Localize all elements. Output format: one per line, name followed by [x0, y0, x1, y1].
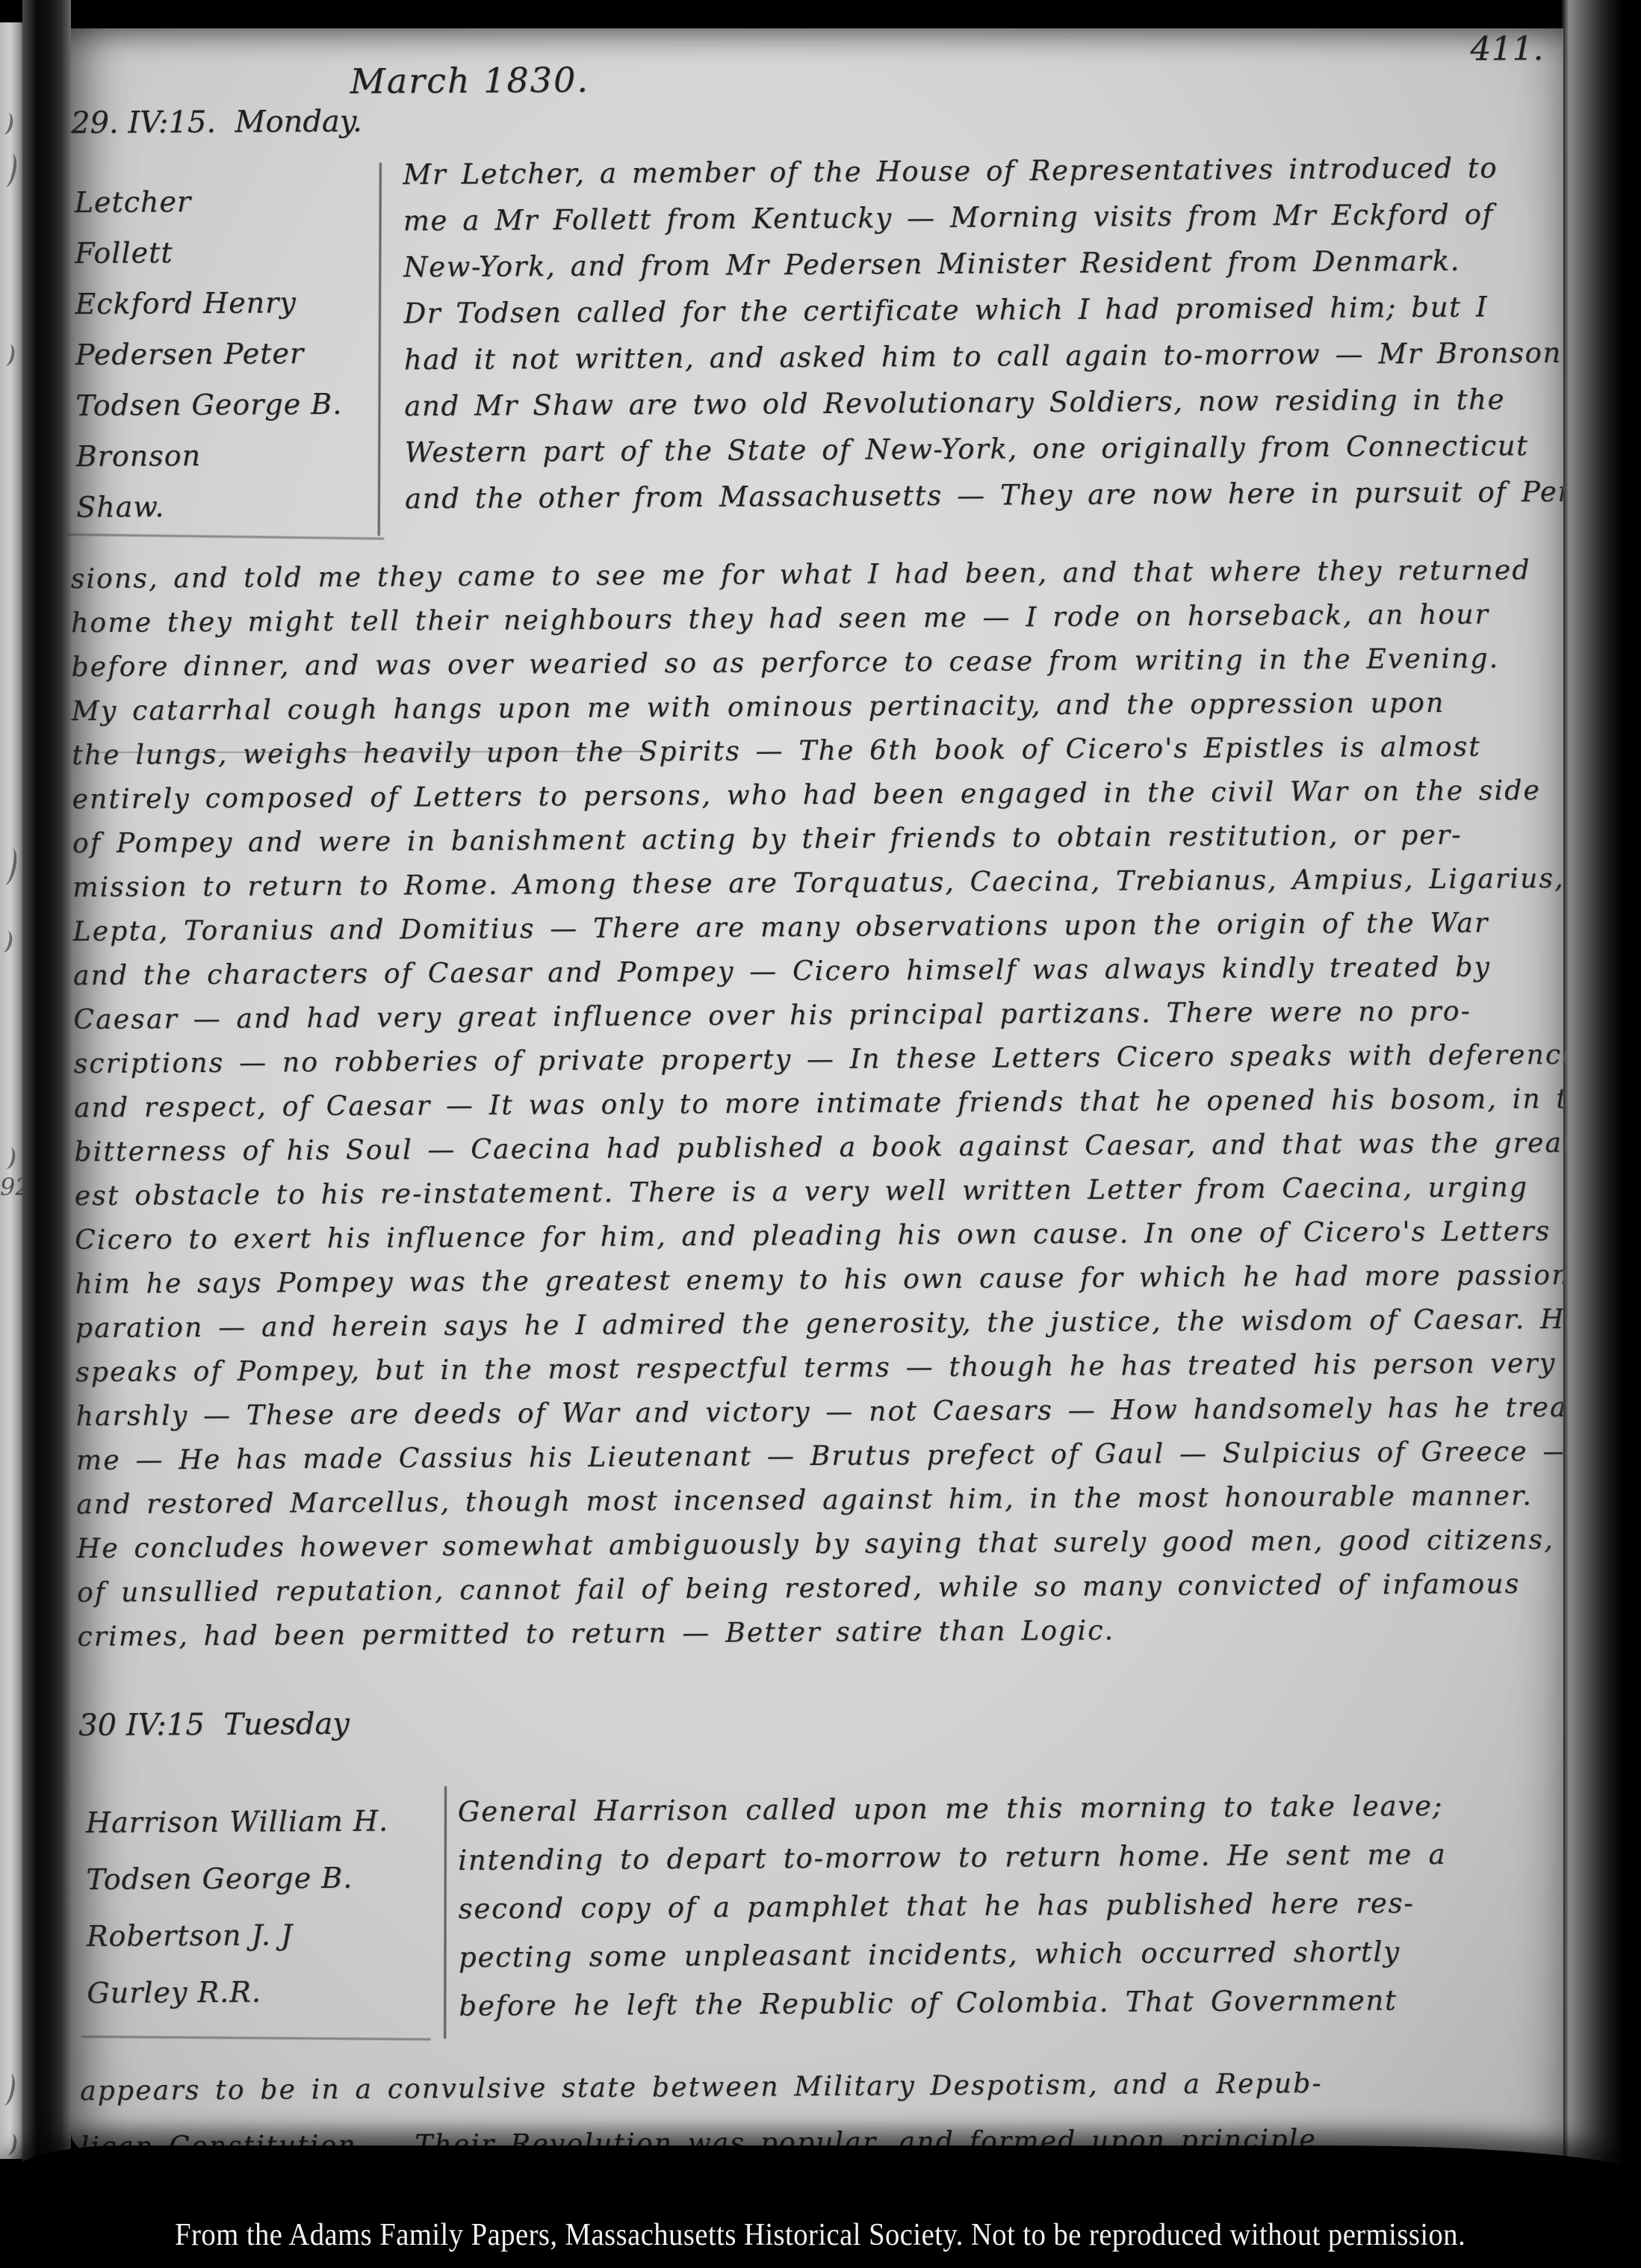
ink-bleed-mark [0, 342, 16, 367]
manuscript-page: March 1830. 411. 29. IV:15. Monday. Letc… [71, 28, 1563, 2174]
entry2-indented-text: General Harrison called upon me this mor… [458, 1781, 1569, 2030]
ink-bleed-mark [0, 152, 19, 189]
margin-name: Gurley R.R. [87, 1963, 390, 2021]
page-number: 411. [1470, 30, 1543, 69]
manuscript-sheet: March 1830. 411. 29. IV:15. Monday. Letc… [64, 24, 1570, 2178]
ink-bleed-mark [0, 2072, 17, 2107]
ink-bleed-mark [0, 929, 14, 953]
entry1-full-width-text: sions, and told me they came to see me f… [71, 548, 1566, 1659]
text-line: and Mr Shaw are two old Revolutionary So… [404, 377, 1558, 430]
caption-text: From the Adams Family Papers, Massachuse… [175, 2217, 1465, 2253]
page-header-month: March 1830. [350, 60, 589, 102]
text-line: and the other from Massachusetts — They … [405, 469, 1559, 522]
page-right-edge-shadow [1561, 0, 1641, 2268]
entry1-margin-divider-line [378, 163, 382, 536]
ink-bleed-mark [0, 847, 19, 887]
margin-name: Harrison William H. [86, 1793, 389, 1851]
text-line: crimes, had been permitted to return — B… [77, 1606, 1565, 1659]
text-line: Western part of the State of New-York, o… [405, 423, 1559, 476]
text-line: New-York, and from Mr Pedersen Minister … [403, 238, 1557, 291]
entry2-margin-names: Harrison William H.Todsen George B.Rober… [86, 1793, 390, 2021]
ink-bleed-mark [0, 111, 15, 135]
text-line: Mr Letcher, a member of the House of Rep… [403, 145, 1557, 198]
book-gutter-shadow [22, 0, 71, 2268]
text-line: pecting some unpleasant incidents, which… [459, 1927, 1568, 1982]
text-line: Dr Todsen called for the certificate whi… [403, 284, 1557, 337]
margin-name: Shaw. [76, 480, 343, 533]
caption-bar: From the Adams Family Papers, Massachuse… [0, 2202, 1641, 2268]
margin-name: Pedersen Peter [75, 328, 342, 380]
margin-name: Robertson J. J [87, 1906, 390, 1965]
entry1-date-heading: 29. IV:15. Monday. [71, 105, 362, 140]
margin-name: Letcher [74, 176, 341, 228]
entry1-margin-underline [67, 533, 384, 540]
ink-bleed-mark [0, 2131, 19, 2156]
margin-name: Todsen George B. [75, 379, 342, 431]
margin-name: Todsen George B. [86, 1850, 389, 1908]
text-line: appears to be in a convulsive state betw… [80, 2054, 1568, 2119]
text-line: before he left the Republic of Colombia.… [459, 1975, 1568, 2030]
text-line: of unsullied reputation, cannot fail of … [77, 1562, 1565, 1615]
text-line: me a Mr Follett from Kentucky — Morning … [403, 191, 1557, 244]
entry2-margin-divider-line [444, 1786, 447, 2039]
text-line: second copy of a pamphlet that he has pu… [458, 1878, 1567, 1933]
facing-page-edge: 92 [0, 22, 22, 2159]
text-line: General Harrison called upon me this mor… [458, 1781, 1567, 1836]
entry1-margin-names: LetcherFollettEckford HenryPedersen Pete… [74, 176, 343, 533]
text-line: had it not written, and asked him to cal… [404, 330, 1558, 383]
margin-name: Follett [75, 226, 341, 279]
entry1-indented-text: Mr Letcher, a member of the House of Rep… [403, 145, 1559, 522]
scanned-diary-photograph: 92 March 1830. 411. 29. IV:15. Monday. L… [0, 0, 1641, 2268]
margin-name: Bronson [76, 430, 343, 482]
entry2-margin-underline [81, 2036, 431, 2041]
text-line: intending to depart to-morrow to return … [458, 1829, 1567, 1885]
margin-name: Eckford Henry [75, 277, 341, 329]
ink-bleed-mark [0, 1145, 17, 1170]
entry2-date-heading: 30 IV:15 Tuesday [78, 1707, 350, 1743]
